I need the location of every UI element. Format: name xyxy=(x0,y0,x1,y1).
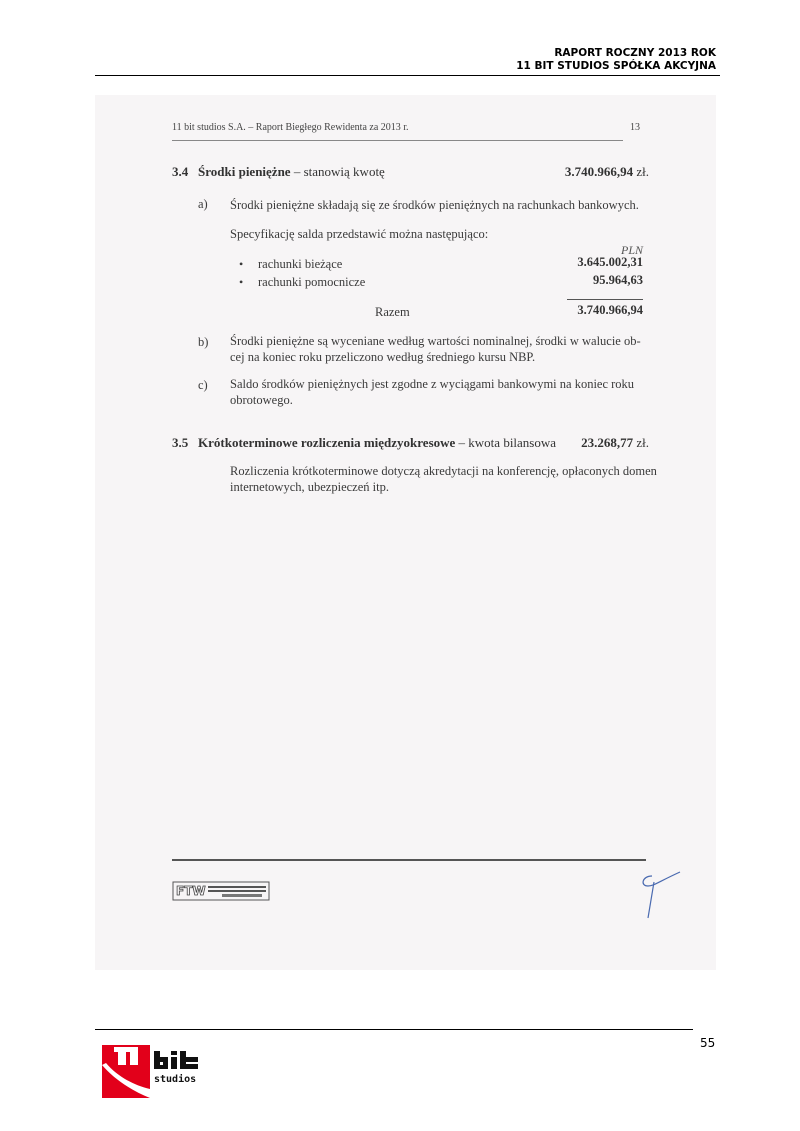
bullet-icon: • xyxy=(239,257,243,272)
item-c-line1: Saldo środków pieniężnych jest zgodne z … xyxy=(230,376,634,392)
sum-rule xyxy=(567,299,643,300)
section-number: 3.4 xyxy=(172,164,198,180)
footer-page-number: 55 xyxy=(700,1036,715,1050)
section-3-5-amount: 23.268,77 zł. xyxy=(539,435,649,451)
section-title: Środki pieniężne xyxy=(198,164,291,179)
report-header: RAPORT ROCZNY 2013 ROK 11 BIT STUDIOS SP… xyxy=(516,47,716,73)
breakdown-value: 95.964,63 xyxy=(523,273,643,288)
section-3-4-amount: 3.740.966,94 zł. xyxy=(539,164,649,180)
scan-bottom-rule xyxy=(172,859,646,861)
scan-top-rule xyxy=(172,140,623,141)
section-3-5-line2: internetowych, ubezpieczeń itp. xyxy=(230,479,657,495)
section-number: 3.5 xyxy=(172,435,198,451)
item-b-text: Środki pieniężne są wyceniane według war… xyxy=(230,333,641,365)
section-3-5-heading: 3.5Krótkoterminowe rozliczenia międzyokr… xyxy=(172,435,556,451)
section-3-5-line1: Rozliczenia krótkoterminowe dotyczą akre… xyxy=(230,463,657,479)
svg-text:FTW: FTW xyxy=(176,884,206,898)
item-a-text: Środki pieniężne składają się ze środków… xyxy=(230,197,639,213)
breakdown-label: rachunki bieżące xyxy=(258,257,342,272)
amount-value: 23.268,77 xyxy=(581,435,633,450)
item-c-line2: obrotowego. xyxy=(230,392,634,408)
scan-page-number: 13 xyxy=(630,122,640,133)
breakdown-value: 3.645.002,31 xyxy=(523,255,643,270)
section-suffix: – stanowią kwotę xyxy=(291,164,385,179)
item-a-marker: a) xyxy=(198,197,208,212)
amount-currency: zł. xyxy=(633,435,649,450)
auditor-stamp-icon: FTW xyxy=(172,881,270,901)
item-b-marker: b) xyxy=(198,335,208,350)
svg-text:studios: studios xyxy=(154,1073,196,1085)
amount-value: 3.740.966,94 xyxy=(565,164,633,179)
header-rule xyxy=(95,75,720,76)
11bit-studios-logo-icon: studios xyxy=(100,1043,220,1100)
section-title: Krótkoterminowe rozliczenia międzyokreso… xyxy=(198,435,455,450)
company-name: 11 BIT STUDIOS SPÓŁKA AKCYJNA xyxy=(516,60,716,73)
item-b-line1: Środki pieniężne są wyceniane według war… xyxy=(230,333,641,349)
total-label: Razem xyxy=(375,305,410,320)
spec-intro: Specyfikację salda przedstawić można nas… xyxy=(230,226,488,242)
breakdown-label: rachunki pomocnicze xyxy=(258,275,365,290)
amount-currency: zł. xyxy=(633,164,649,179)
report-title: RAPORT ROCZNY 2013 ROK xyxy=(516,47,716,60)
item-b-line2: cej na koniec roku przeliczono według śr… xyxy=(230,349,641,365)
total-value: 3.740.966,94 xyxy=(523,303,643,318)
scan-running-head: 11 bit studios S.A. – Raport Biegłego Re… xyxy=(172,122,409,133)
scanned-page: 11 bit studios S.A. – Raport Biegłego Re… xyxy=(95,95,716,970)
signature-icon xyxy=(630,870,690,920)
section-3-5-text: Rozliczenia krótkoterminowe dotyczą akre… xyxy=(230,463,657,495)
section-3-4-heading: 3.4Środki pieniężne – stanowią kwotę xyxy=(172,164,385,180)
footer-rule xyxy=(95,1029,693,1030)
item-c-marker: c) xyxy=(198,378,208,393)
bullet-icon: • xyxy=(239,275,243,290)
item-c-text: Saldo środków pieniężnych jest zgodne z … xyxy=(230,376,634,408)
